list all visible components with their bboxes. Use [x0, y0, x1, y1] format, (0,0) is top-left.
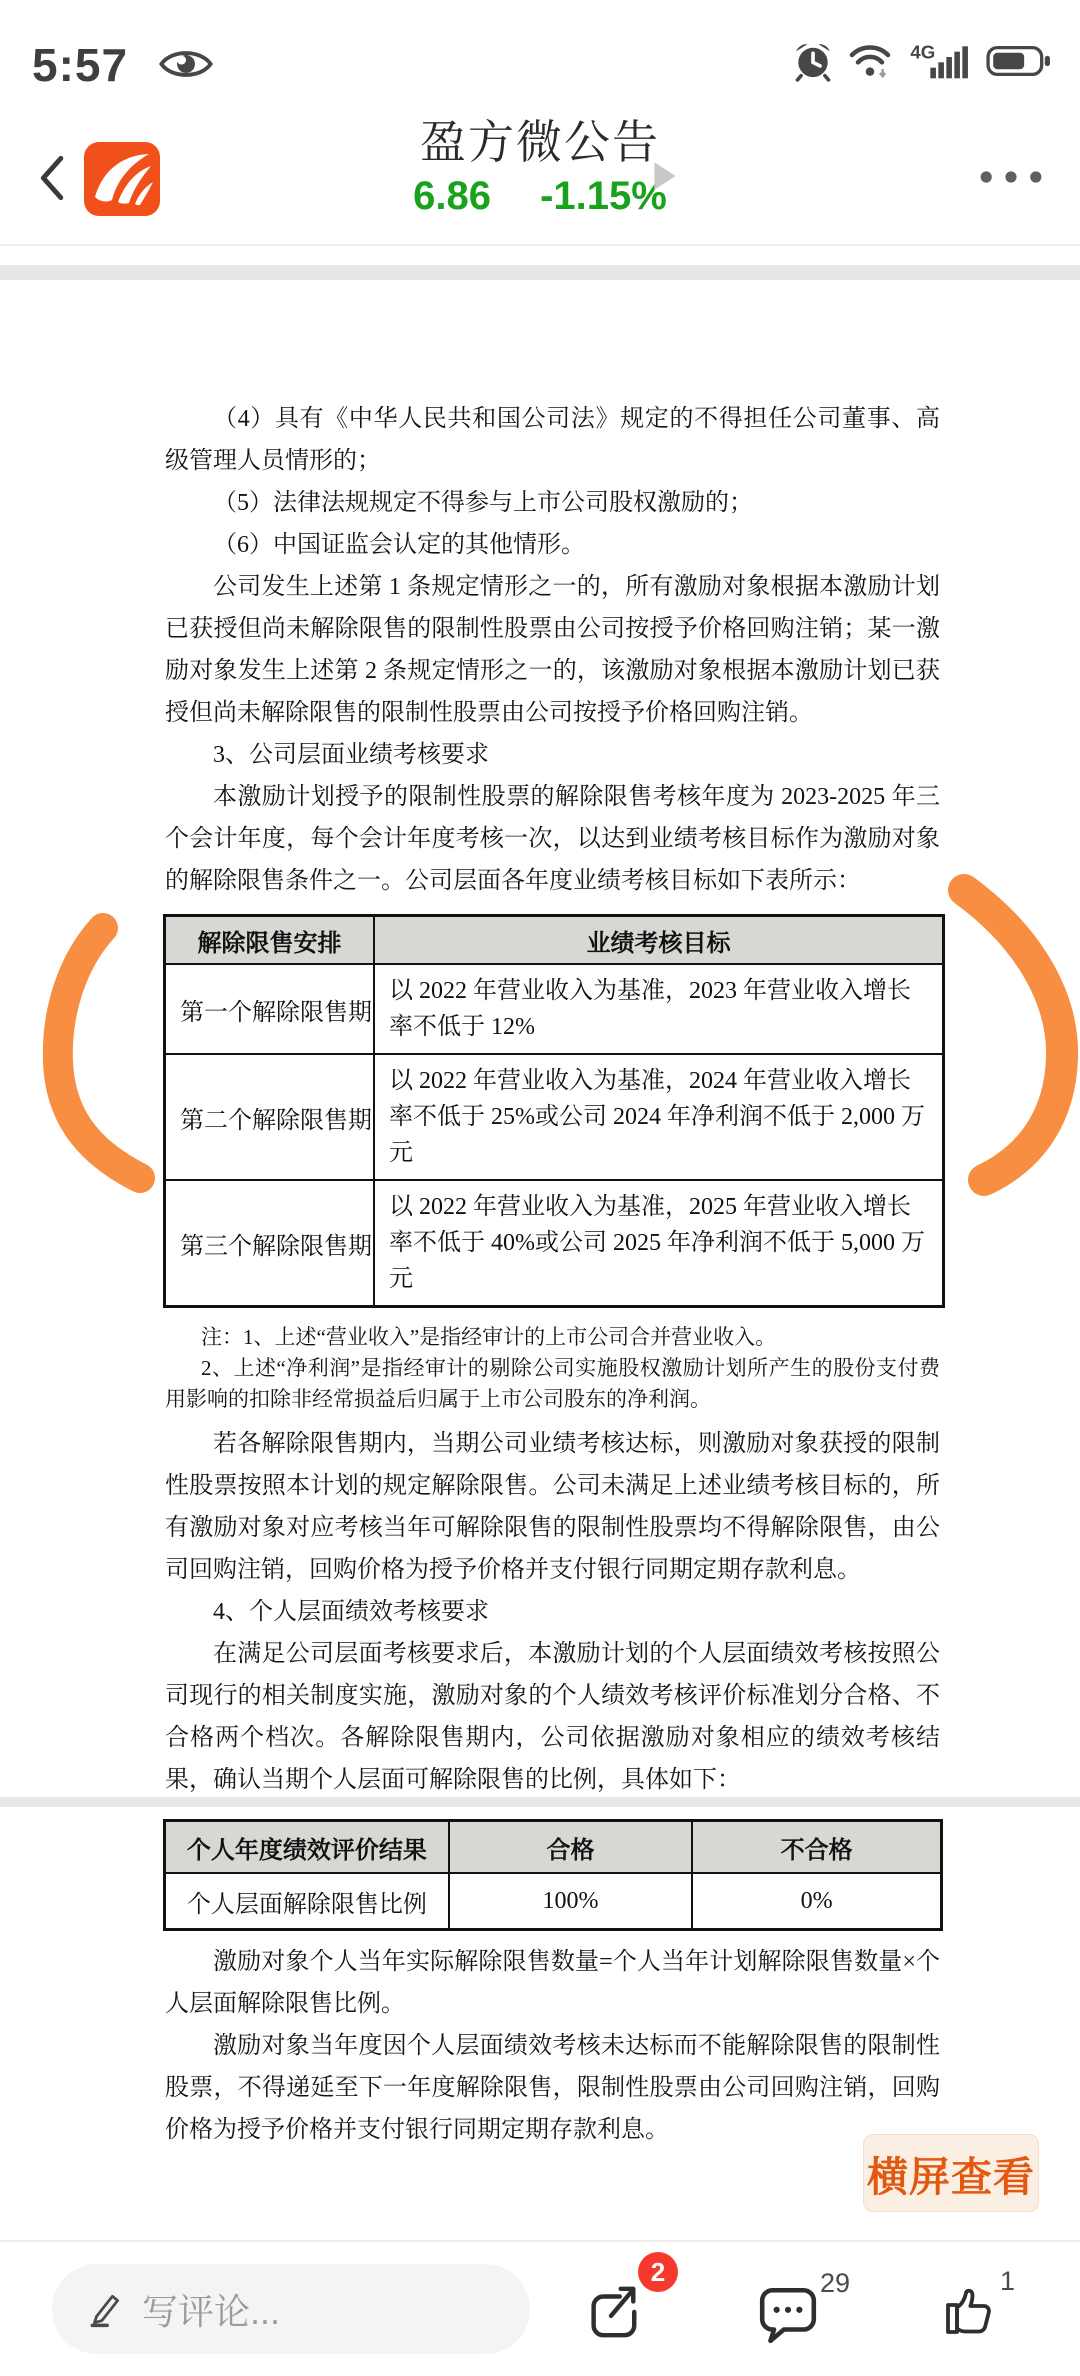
- network-type-label: 4G: [910, 41, 935, 62]
- comments-button[interactable]: [756, 2282, 820, 2351]
- table-cell: 第一个解除限售期: [165, 964, 375, 1054]
- doc-paragraph: 本激励计划授予的限制性股票的解除限售考核年度为 2023-2025 年三个会计年…: [165, 776, 940, 902]
- table-row: 第一个解除限售期 以 2022 年营业收入为基准，2023 年营业收入增长率不低…: [165, 964, 944, 1054]
- stock-quote[interactable]: 6.86 -1.15%: [0, 174, 1080, 219]
- status-bar: 5:57 4G: [0, 0, 1080, 92]
- system-status-icons: 4G: [792, 40, 1052, 82]
- doc-paragraph: 若各解除限售期内，当期公司业绩考核达标，则激励对象获授的限制性股票按照本计划的规…: [165, 1423, 940, 1591]
- alarm-icon: [792, 40, 834, 82]
- table-row: 第二个解除限售期 以 2022 年营业收入为基准，2024 年营业收入增长率不低…: [165, 1054, 944, 1180]
- table-cell: 个人层面解除限售比例: [165, 1873, 449, 1930]
- comment-input[interactable]: 写评论...: [52, 2264, 530, 2354]
- doc-note: 注：1、上述“营业收入”是指经审计的上市公司合并营业收入。: [165, 1322, 940, 1353]
- doc-paragraph: 激励对象当年度因个人层面绩效考核未达标而不能解除限售的限制性股票，不得递延至下一…: [165, 2025, 940, 2151]
- viewer-gap-top: [0, 265, 1080, 280]
- table-header-cell: 解除限售安排: [165, 916, 375, 965]
- table-header-cell: 合格: [449, 1821, 692, 1874]
- battery-icon: [986, 44, 1052, 78]
- page-title: 盈方微公告: [420, 116, 660, 168]
- doc-note: 2、上述“净利润”是指经审计的剔除公司实施股权激励计划所产生的股份支付费用影响的…: [165, 1353, 940, 1415]
- header-divider: [0, 244, 1080, 246]
- table-cell: 第二个解除限售期: [165, 1054, 375, 1180]
- table-cell: 以 2022 年营业收入为基准，2023 年营业收入增长率不低于 12%: [374, 964, 944, 1054]
- table-header-cell: 个人年度绩效评价结果: [165, 1821, 449, 1874]
- doc-paragraph: 激励对象个人当年实际解除限售数量=个人当年计划解除限售数量×个人层面解除限售比例…: [165, 1941, 940, 2025]
- pencil-icon: [86, 2290, 124, 2328]
- table-cell: 第三个解除限售期: [165, 1180, 375, 1307]
- table-cell: 100%: [449, 1873, 692, 1930]
- share-button[interactable]: [583, 2280, 641, 2349]
- eye-protection-icon: [158, 46, 214, 87]
- status-time: 5:57: [32, 38, 128, 92]
- comment-placeholder: 写评论...: [142, 2284, 280, 2335]
- doc-section-heading: 3、公司层面业绩考核要求: [165, 734, 940, 776]
- more-menu-button[interactable]: [980, 170, 1042, 189]
- stock-change: -1.15%: [540, 174, 667, 219]
- landscape-view-button[interactable]: 横屏查看: [863, 2134, 1039, 2212]
- pdf-page-1[interactable]: （4）具有《中华人民共和国公司法》规定的不得担任公司董事、高级管理人员情形的； …: [0, 280, 1080, 1859]
- signal-4g-icon: 4G: [910, 41, 972, 81]
- table-cell: 以 2022 年营业收入为基准，2025 年营业收入增长率不低于 40%或公司 …: [374, 1180, 944, 1307]
- app-screen: 5:57 4G: [0, 0, 1080, 2376]
- table-header-cell: 业绩考核目标: [374, 916, 944, 965]
- wifi-icon: [848, 42, 896, 80]
- doc-paragraph: 在满足公司层面考核要求后，本激励计划的个人层面绩效考核按照公司现行的相关制度实施…: [165, 1633, 940, 1801]
- table-cell: 以 2022 年营业收入为基准，2024 年营业收入增长率不低于 25%或公司 …: [374, 1054, 944, 1180]
- doc-paragraph: （4）具有《中华人民共和国公司法》规定的不得担任公司董事、高级管理人员情形的；: [165, 280, 940, 482]
- performance-target-table: 解除限售安排 业绩考核目标 第一个解除限售期 以 2022 年营业收入为基准，2…: [163, 914, 945, 1308]
- bottom-action-bar: 写评论... 2 29 1: [0, 2240, 1080, 2376]
- comments-count: 29: [820, 2268, 850, 2299]
- play-audio-icon[interactable]: [652, 160, 678, 197]
- doc-paragraph: （6）中国证监会认定的其他情形。: [165, 524, 940, 566]
- table-cell: 0%: [692, 1873, 941, 1930]
- table-row: 个人层面解除限售比例 100% 0%: [165, 1873, 942, 1930]
- personal-performance-table: 个人年度绩效评价结果 合格 不合格 个人层面解除限售比例 100% 0%: [163, 1819, 943, 1931]
- stock-price: 6.86: [413, 174, 491, 219]
- table-row: 第三个解除限售期 以 2022 年营业收入为基准，2025 年营业收入增长率不低…: [165, 1180, 944, 1307]
- title-bar: 盈方微公告 6.86 -1.15%: [0, 92, 1080, 244]
- share-badge: 2: [638, 2252, 678, 2292]
- doc-section-heading: 4、个人层面绩效考核要求: [165, 1591, 940, 1633]
- landscape-view-label: 横屏查看: [867, 2144, 1035, 2203]
- table-header-cell: 不合格: [692, 1821, 941, 1874]
- pdf-page-2[interactable]: 个人年度绩效评价结果 合格 不合格 个人层面解除限售比例 100% 0% 激励对…: [0, 1807, 1080, 2151]
- like-button[interactable]: [940, 2278, 1000, 2345]
- doc-paragraph: 公司发生上述第 1 条规定情形之一的，所有激励对象根据本激励计划已获授但尚未解除…: [165, 566, 940, 734]
- like-count: 1: [1000, 2266, 1015, 2297]
- doc-paragraph: （5）法律法规规定不得参与上市公司股权激励的；: [165, 482, 940, 524]
